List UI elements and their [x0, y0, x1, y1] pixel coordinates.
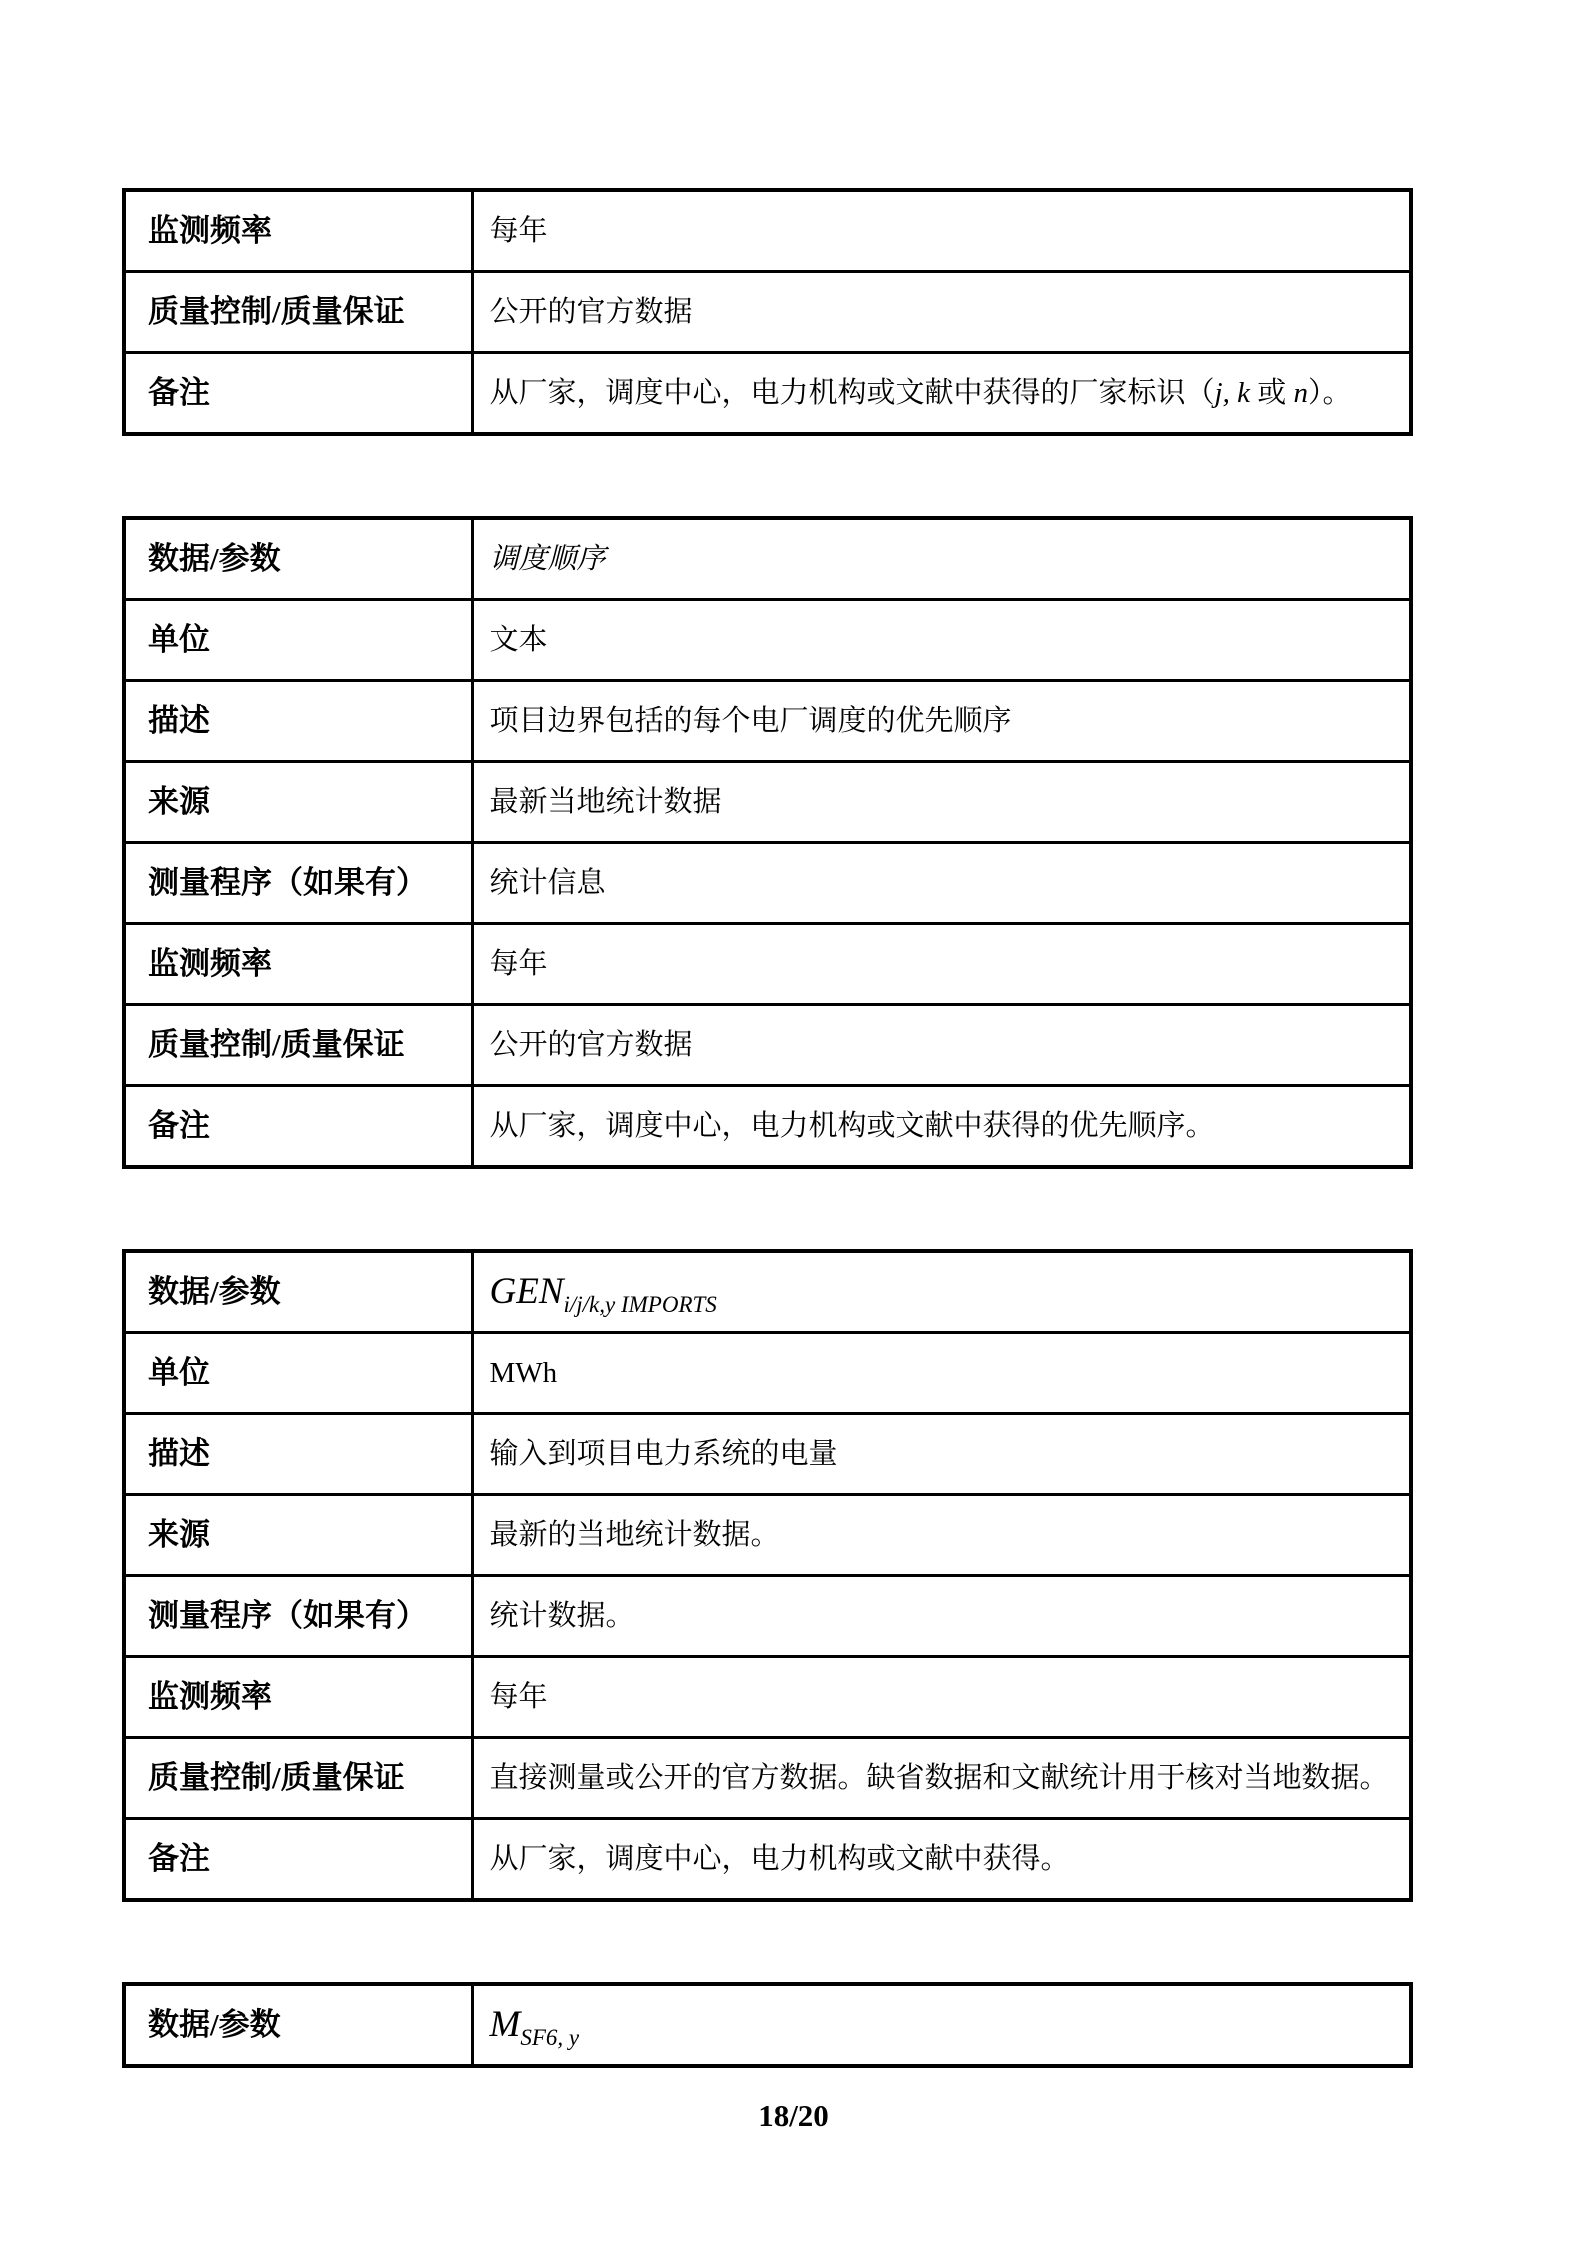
value-segment: i/j/k,y IMPORTS — [564, 1292, 717, 1317]
value-segment: 或 — [1250, 377, 1294, 409]
table-row: 质量控制/质量保证 公开的官方数据 — [124, 272, 1411, 353]
value-segment: MWh — [490, 1357, 558, 1389]
row-label: 备注 — [124, 1086, 472, 1168]
row-value: 文本 — [472, 600, 1411, 681]
row-value: 直接测量或公开的官方数据。缺省数据和文献统计用于核对当地数据。 — [472, 1738, 1411, 1819]
row-label: 描述 — [124, 681, 472, 762]
param-table-3: 数据/参数 GENi/j/k,y IMPORTS 单位 MWh 描述 输入到项目… — [122, 1249, 1413, 1902]
value-segment: M — [490, 2004, 521, 2045]
row-value: 最新当地统计数据 — [472, 762, 1411, 843]
param-table-4: 数据/参数 MSF6, y — [122, 1982, 1413, 2068]
value-segment: SF6, y — [520, 2025, 579, 2050]
param-table-1: 监测频率 每年 质量控制/质量保证 公开的官方数据 备注 从厂家，调度中心，电力… — [122, 188, 1413, 436]
row-value: 从厂家，调度中心，电力机构或文献中获得。 — [472, 1819, 1411, 1901]
row-label: 单位 — [124, 600, 472, 681]
row-label: 备注 — [124, 353, 472, 435]
row-value: 从厂家，调度中心，电力机构或文献中获得的厂家标识（j, k 或 n）。 — [472, 353, 1411, 435]
row-value: 每年 — [472, 924, 1411, 1005]
row-label: 单位 — [124, 1333, 472, 1414]
value-segment: 文本 — [490, 624, 548, 656]
table-row: 描述 输入到项目电力系统的电量 — [124, 1414, 1411, 1495]
table-row: 备注 从厂家，调度中心，电力机构或文献中获得。 — [124, 1819, 1411, 1901]
value-segment: 直接测量或公开的官方数据。缺省数据和文献统计用于核对当地数据。 — [490, 1762, 1389, 1794]
table-row: 监测频率 每年 — [124, 924, 1411, 1005]
row-label: 测量程序（如果有） — [124, 843, 472, 924]
table-row: 质量控制/质量保证 直接测量或公开的官方数据。缺省数据和文献统计用于核对当地数据… — [124, 1738, 1411, 1819]
row-label: 数据/参数 — [124, 1251, 472, 1333]
table-row: 来源 最新当地统计数据 — [124, 762, 1411, 843]
table-row: 测量程序（如果有） 统计信息 — [124, 843, 1411, 924]
row-value: 最新的当地统计数据。 — [472, 1495, 1411, 1576]
row-value: 统计信息 — [472, 843, 1411, 924]
value-segment: 每年 — [490, 215, 548, 247]
value-segment: j, k — [1215, 377, 1250, 409]
value-segment: 最新当地统计数据 — [490, 786, 722, 818]
row-value: 调度顺序 — [472, 518, 1411, 600]
row-label: 数据/参数 — [124, 518, 472, 600]
row-label: 备注 — [124, 1819, 472, 1901]
value-segment: 统计信息 — [490, 867, 606, 899]
table-row: 单位 文本 — [124, 600, 1411, 681]
row-value: 每年 — [472, 190, 1411, 272]
table-row: 测量程序（如果有） 统计数据。 — [124, 1576, 1411, 1657]
value-segment: 每年 — [490, 948, 548, 980]
value-segment: 每年 — [490, 1681, 548, 1713]
table-row: 备注 从厂家，调度中心，电力机构或文献中获得的厂家标识（j, k 或 n）。 — [124, 353, 1411, 435]
table-row: 备注 从厂家，调度中心，电力机构或文献中获得的优先顺序。 — [124, 1086, 1411, 1168]
row-label: 质量控制/质量保证 — [124, 272, 472, 353]
value-segment: 从厂家，调度中心，电力机构或文献中获得的优先顺序。 — [490, 1110, 1215, 1142]
row-label: 监测频率 — [124, 1657, 472, 1738]
row-value: 输入到项目电力系统的电量 — [472, 1414, 1411, 1495]
row-value: 每年 — [472, 1657, 1411, 1738]
row-value: MSF6, y — [472, 1984, 1411, 2066]
row-value: 公开的官方数据 — [472, 272, 1411, 353]
row-label: 测量程序（如果有） — [124, 1576, 472, 1657]
value-segment: 项目边界包括的每个电厂调度的优先顺序 — [490, 705, 1012, 737]
table-row: 数据/参数 调度顺序 — [124, 518, 1411, 600]
row-value: 公开的官方数据 — [472, 1005, 1411, 1086]
row-label: 质量控制/质量保证 — [124, 1738, 472, 1819]
row-value: MWh — [472, 1333, 1411, 1414]
row-label: 监测频率 — [124, 190, 472, 272]
value-segment: GEN — [490, 1271, 564, 1312]
row-label: 监测频率 — [124, 924, 472, 1005]
value-segment: 调度顺序 — [490, 543, 606, 575]
table-row: 单位 MWh — [124, 1333, 1411, 1414]
value-segment: 输入到项目电力系统的电量 — [490, 1438, 838, 1470]
value-segment: 从厂家，调度中心，电力机构或文献中获得。 — [490, 1843, 1070, 1875]
value-segment: ）。 — [1308, 377, 1352, 409]
row-value: 项目边界包括的每个电厂调度的优先顺序 — [472, 681, 1411, 762]
table-row: 来源 最新的当地统计数据。 — [124, 1495, 1411, 1576]
document-page: 监测频率 每年 质量控制/质量保证 公开的官方数据 备注 从厂家，调度中心，电力… — [0, 0, 1587, 2245]
table-row: 数据/参数 MSF6, y — [124, 1984, 1411, 2066]
param-table-2: 数据/参数 调度顺序 单位 文本 描述 项目边界包括的每个电厂调度的优先顺序 来… — [122, 516, 1413, 1169]
table-row: 监测频率 每年 — [124, 1657, 1411, 1738]
row-label: 描述 — [124, 1414, 472, 1495]
table-row: 数据/参数 GENi/j/k,y IMPORTS — [124, 1251, 1411, 1333]
row-value: 从厂家，调度中心，电力机构或文献中获得的优先顺序。 — [472, 1086, 1411, 1168]
value-segment: 最新的当地统计数据。 — [490, 1519, 780, 1551]
row-value: GENi/j/k,y IMPORTS — [472, 1251, 1411, 1333]
table-row: 描述 项目边界包括的每个电厂调度的优先顺序 — [124, 681, 1411, 762]
value-segment: 从厂家，调度中心，电力机构或文献中获得的厂家标识（ — [490, 377, 1215, 409]
value-segment: 公开的官方数据 — [490, 296, 693, 328]
tables-container: 监测频率 每年 质量控制/质量保证 公开的官方数据 备注 从厂家，调度中心，电力… — [122, 188, 1413, 2148]
value-segment: 统计数据。 — [490, 1600, 635, 1632]
table-row: 监测频率 每年 — [124, 190, 1411, 272]
value-segment: 公开的官方数据 — [490, 1029, 693, 1061]
row-label: 数据/参数 — [124, 1984, 472, 2066]
value-segment: n — [1293, 377, 1308, 409]
row-label: 来源 — [124, 762, 472, 843]
row-label: 来源 — [124, 1495, 472, 1576]
row-label: 质量控制/质量保证 — [124, 1005, 472, 1086]
page-number: 18/20 — [0, 2098, 1587, 2134]
table-row: 质量控制/质量保证 公开的官方数据 — [124, 1005, 1411, 1086]
row-value: 统计数据。 — [472, 1576, 1411, 1657]
